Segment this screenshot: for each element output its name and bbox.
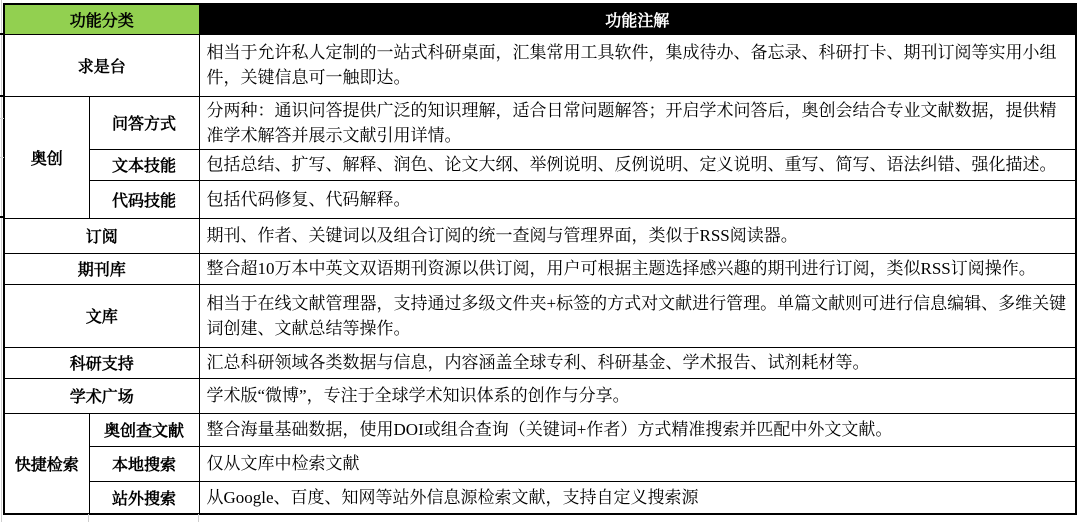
gridline-tick-2 — [0, 157, 4, 158]
category-qiushitai: 求是台 — [4, 34, 199, 96]
desc-bendisousuo: 仅从文库中检索文献 — [199, 446, 1076, 481]
gridline-tick-1 — [0, 118, 4, 119]
row-wenku: 文库 相当于在线文献管理器，支持通过多级文件夹+标签的方式对文献进行管理。单篇文… — [4, 284, 1076, 347]
subcategory-aochuangchawenxian: 奥创查文献 — [89, 413, 199, 446]
row-kuaijie-aochuang: 快捷检索 奥创查文献 整合海量基础数据，使用DOI或组合查询（关键词+作者）方式… — [4, 413, 1076, 446]
row-kuaijie-local: 本地搜索 仅从文库中检索文献 — [4, 446, 1076, 481]
desc-aochuangchawenxian: 整合海量基础数据，使用DOI或组合查询（关键词+作者）方式精准搜索并匹配中外文文… — [199, 413, 1076, 446]
desc-daimajineng: 包括代码修复、代码解释。 — [199, 180, 1076, 218]
desc-zhanwaisousuo: 从Google、百度、知网等站外信息源检索文献，支持自定义搜索源 — [199, 481, 1076, 514]
row-qiushitai: 求是台 相当于允许私人定制的一站式科研桌面，汇集常用工具软件，集成待办、备忘录、… — [4, 34, 1076, 96]
row-keyanzhichi: 科研支持 汇总科研领域各类数据与信息，内容涵盖全球专利、科研基金、学术报告、试剂… — [4, 347, 1076, 378]
desc-xueshuguangchang: 学术版“微博”，专注于全球学术知识体系的创作与分享。 — [199, 378, 1076, 413]
row-dingyue: 订阅 期刊、作者、关键词以及组合订阅的统一查阅与管理界面，类似于RSS阅读器。 — [4, 218, 1076, 253]
gridline-left-edge — [1, 0, 2, 522]
column-header-note: 功能注解 — [199, 4, 1076, 34]
row-kuaijie-external: 站外搜索 从Google、百度、知网等站外信息源检索文献，支持自定义搜索源 — [4, 481, 1076, 514]
row-aochuang-code: 代码技能 包括代码修复、代码解释。 — [4, 180, 1076, 218]
row-xueshuguangchang: 学术广场 学术版“微博”，专注于全球学术知识体系的创作与分享。 — [4, 378, 1076, 413]
row-aochuang-qa: 奥创 问答方式 分两种：通识问答提供广泛的知识理解，适合日常问题解答；开启学术问… — [4, 96, 1076, 149]
border-stub-row1 — [0, 95, 4, 97]
gridline-below-col1 — [88, 514, 89, 522]
border-stub-header — [0, 33, 4, 35]
subcategory-daimajineng: 代码技能 — [89, 180, 199, 218]
desc-wendafangshi: 分两种：通识问答提供广泛的知识理解，适合日常问题解答；开启学术问答后，奥创会结合… — [199, 96, 1076, 149]
row-aochuang-text: 文本技能 包括总结、扩写、解释、润色、论文大纲、举例说明、反例说明、定义说明、重… — [4, 149, 1076, 180]
gridline-below-col2 — [198, 514, 199, 522]
subcategory-bendisousuo: 本地搜索 — [89, 446, 199, 481]
header-row: 功能分类 功能注解 — [4, 4, 1076, 34]
feature-table: 功能分类 功能注解 求是台 相当于允许私人定制的一站式科研桌面，汇集常用工具软件… — [3, 3, 1077, 515]
desc-qiushitai: 相当于允许私人定制的一站式科研桌面，汇集常用工具软件，集成待办、备忘录、科研打卡… — [199, 34, 1076, 96]
category-xueshuguangchang: 学术广场 — [4, 378, 199, 413]
desc-qikanku: 整合超10万本中英文双语期刊资源以供订阅，用户可根据主题选择感兴趣的期刊进行订阅… — [199, 253, 1076, 284]
category-group-kuaijiejiansuo: 快捷检索 — [4, 413, 89, 514]
desc-wenku: 相当于在线文献管理器，支持通过多级文件夹+标签的方式对文献进行管理。单篇文献则可… — [199, 284, 1076, 347]
desc-wenbenjineng: 包括总结、扩写、解释、润色、论文大纲、举例说明、反例说明、定义说明、重写、简写、… — [199, 149, 1076, 180]
column-header-category: 功能分类 — [4, 4, 199, 34]
row-qikanku: 期刊库 整合超10万本中英文双语期刊资源以供订阅，用户可根据主题选择感兴趣的期刊… — [4, 253, 1076, 284]
category-dingyue: 订阅 — [4, 218, 199, 253]
category-group-aochuang: 奥创 — [4, 96, 89, 218]
subcategory-zhanwaisousuo: 站外搜索 — [89, 481, 199, 514]
category-qikanku: 期刊库 — [4, 253, 199, 284]
subcategory-wendafangshi: 问答方式 — [89, 96, 199, 149]
subcategory-wenbenjineng: 文本技能 — [89, 149, 199, 180]
desc-dingyue: 期刊、作者、关键词以及组合订阅的统一查阅与管理界面，类似于RSS阅读器。 — [199, 218, 1076, 253]
category-keyanzhichi: 科研支持 — [4, 347, 199, 378]
border-stub-row5 — [0, 216, 4, 218]
category-wenku: 文库 — [4, 284, 199, 347]
desc-keyanzhichi: 汇总科研领域各类数据与信息，内容涵盖全球专利、科研基金、学术报告、试剂耗材等。 — [199, 347, 1076, 378]
